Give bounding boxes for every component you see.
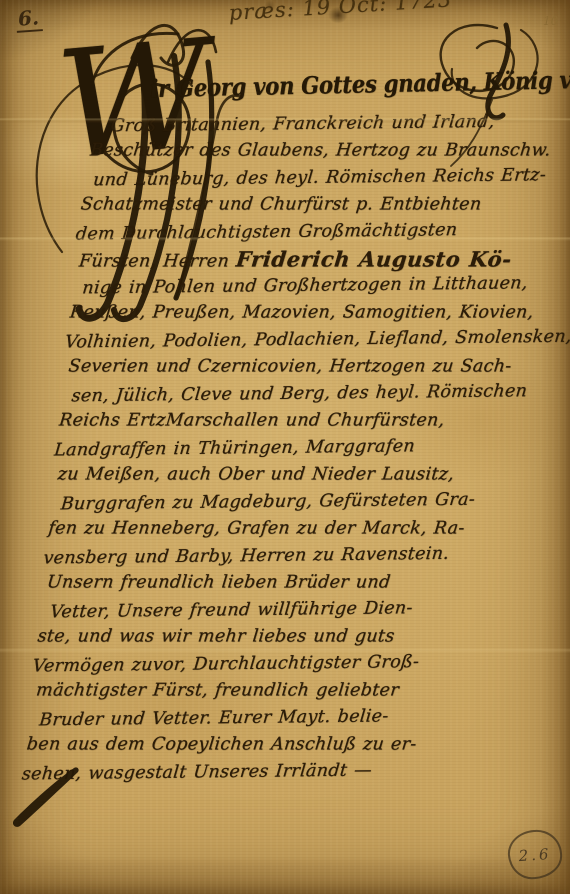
manuscript-line: Bruder und Vetter. Eurer Mayt. belie-: [38, 702, 505, 734]
margin-pen-stroke: [2, 756, 92, 846]
manuscript-line: Reichs ErtzMarschallen und Churfürsten,: [58, 408, 535, 435]
pencil-shelfmark-label: 2.6: [518, 844, 552, 864]
manuscript-line: Schatzmeister und Churfürst p. Entbiehte…: [79, 192, 556, 219]
manuscript-body: Groß Britannien, Franckreich und Irland,…: [21, 110, 565, 787]
manuscript-line: Landgraffen in Thüringen, Marggrafen: [53, 432, 532, 464]
royal-name: Friderich Augusto Kö-: [235, 247, 513, 272]
manuscript-line: vensberg und Barby, Herren zu Ravenstein…: [42, 540, 521, 572]
manuscript-line: sehen, wasgestalt Unseres Irrländt —: [21, 756, 500, 788]
manuscript-line: Volhinien, Podolien, Podlachien, Lieflan…: [64, 324, 543, 356]
manuscript-line: sen, Jülich, Cleve und Berg, des heyl. R…: [70, 378, 537, 410]
manuscript-line: dem Durchlauchtigsten Großmächtigsten: [74, 216, 553, 248]
manuscript-line: Beschützer des Glaubens, Hertzog zu Brau…: [89, 138, 562, 165]
manuscript-line: Unsern freundlich lieben Brüder und: [46, 570, 519, 597]
manuscript-line: Groß Britannien, Franckreich und Irland,: [109, 108, 564, 140]
manuscript-line: Vetter, Unsere freund willführige Dien-: [49, 594, 516, 626]
manuscript-page: 6. præs: 19 Oct: 1723 10 W ir Georg von …: [0, 0, 570, 894]
manuscript-line-fragment: Fürsten, Herren: [78, 252, 237, 272]
manuscript-line: nige in Pohlen und Großhertzogen in Litt…: [81, 270, 548, 302]
pencil-shelfmark: 2.6: [506, 828, 563, 881]
manuscript-line: mächtigster Fürst, freundlich geliebter: [35, 678, 508, 705]
manuscript-line-royal: Fürsten, Herren Friderich Augusto Kö-: [78, 246, 551, 273]
manuscript-line: Reußen, Preußen, Mazovien, Samogitien, K…: [68, 300, 545, 327]
manuscript-line: Burggrafen zu Magdeburg, Gefürsteten Gra…: [60, 486, 527, 518]
manuscript-line: fen zu Henneberg, Grafen zu der Marck, R…: [47, 516, 524, 543]
manuscript-line: zu Meißen, auch Ober und Nieder Lausitz,: [56, 462, 529, 489]
manuscript-line: Severien und Czernicovien, Hertzogen zu …: [67, 354, 540, 381]
manuscript-line: Vermögen zuvor, Durchlauchtigster Groß-: [31, 648, 510, 680]
manuscript-line: ben aus dem Copeylichen Anschluß zu er-: [25, 732, 502, 759]
manuscript-line: und Lüneburg, des heyl. Römischen Reichs…: [92, 162, 559, 194]
manuscript-line: ste, und was wir mehr liebes und guts: [36, 624, 513, 651]
